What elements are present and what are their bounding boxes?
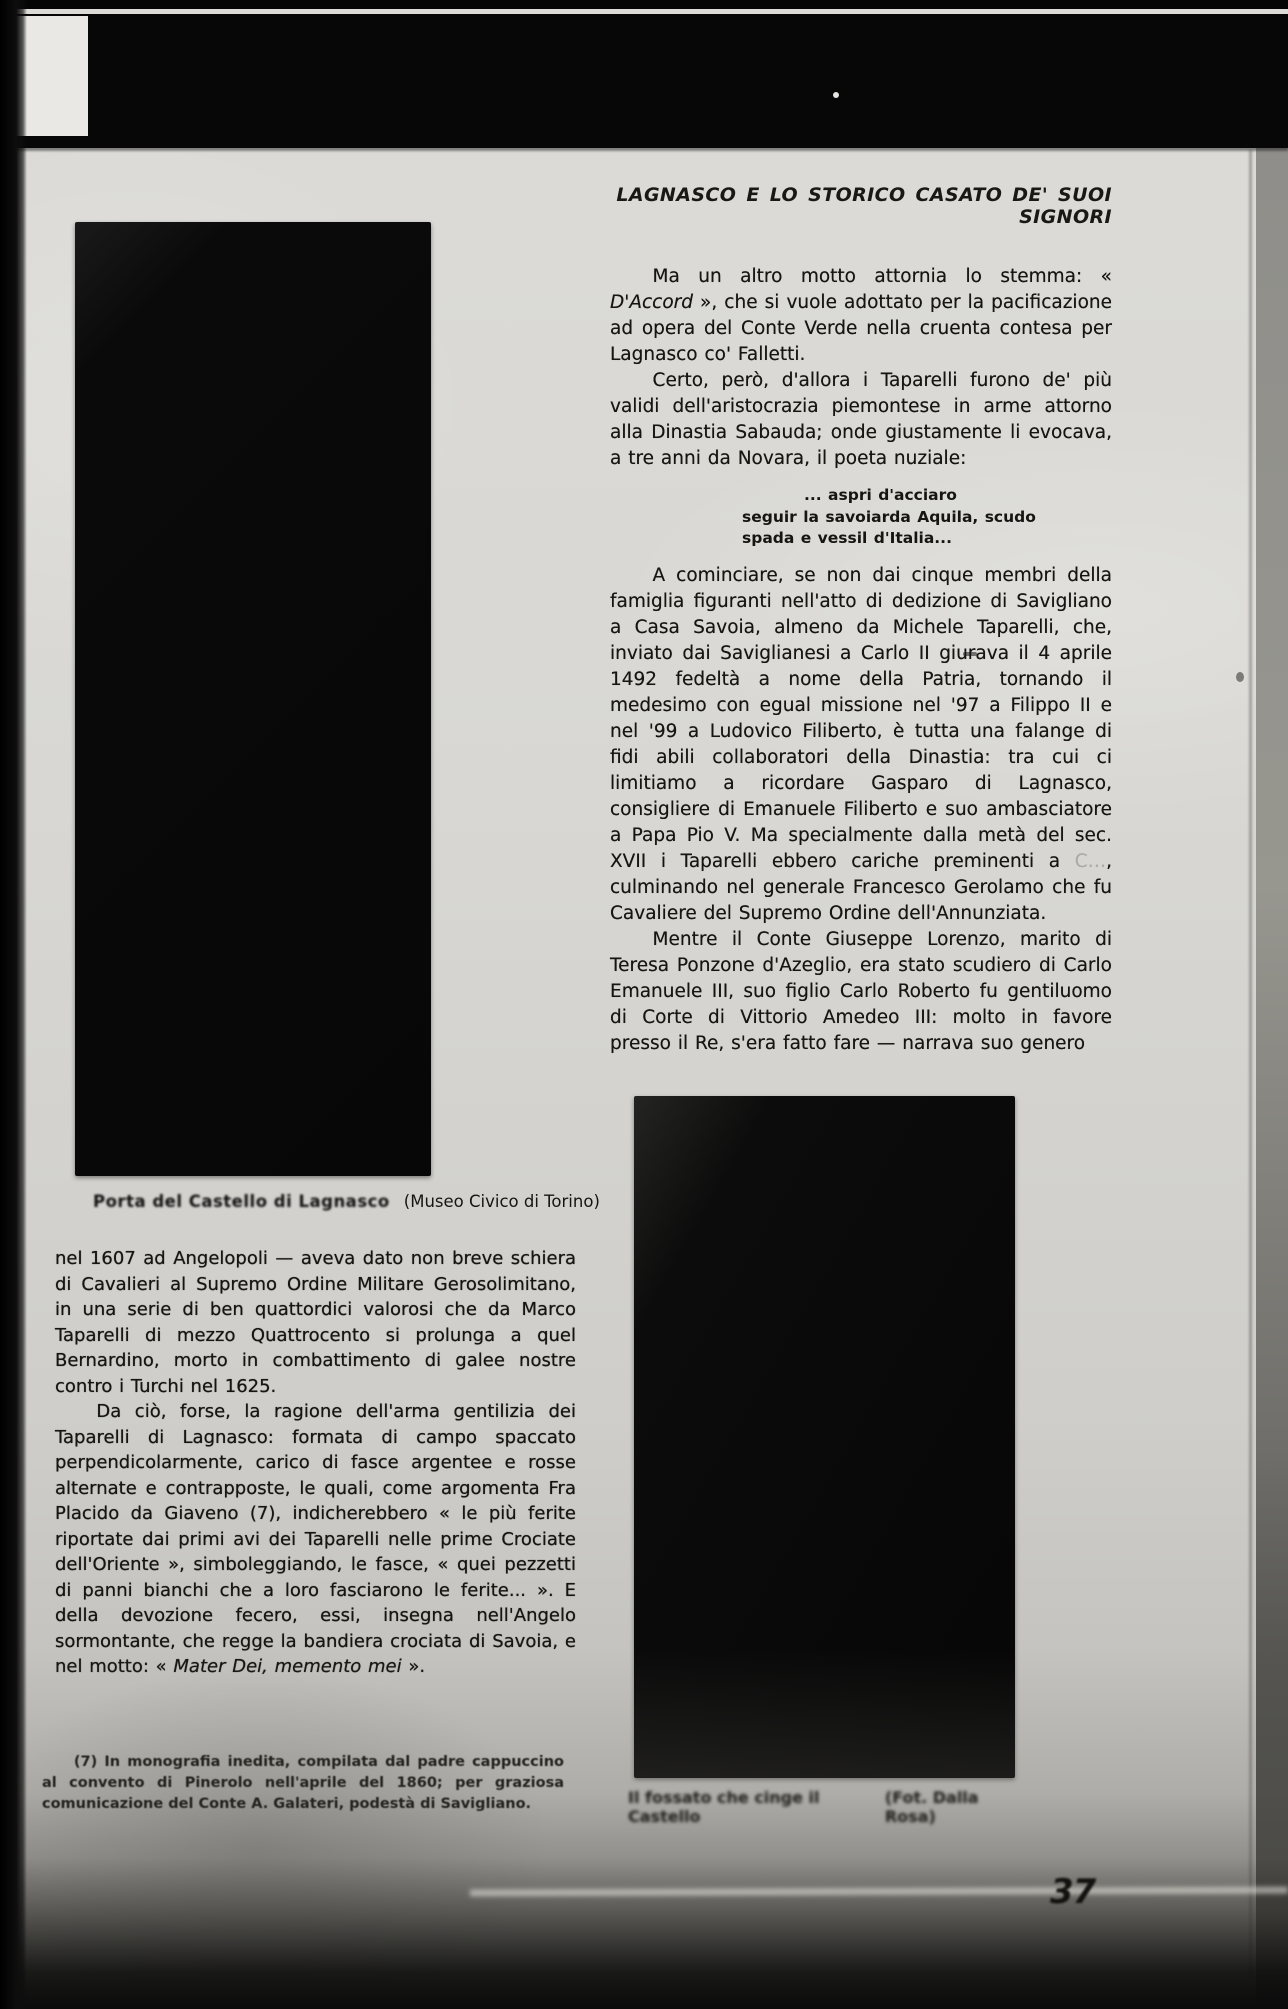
- scan-top-black-band: [0, 14, 1288, 148]
- paragraph: Certo, però, d'allora i Taparelli furono…: [610, 368, 1112, 472]
- caption-credit: (Museo Civico di Torino): [404, 1192, 600, 1211]
- text-segment: ».: [402, 1656, 425, 1677]
- caption-title: Porta del Castello di Lagnasco: [93, 1192, 390, 1211]
- text-segment: A cominciare, se non dai cinque membri d…: [610, 565, 1112, 872]
- left-figure-caption: Porta del Castello di Lagnasco(Museo Civ…: [93, 1192, 573, 1211]
- page-title: LAGNASCO E LO STORICO CASATO DE' SUOI SI…: [600, 184, 1112, 228]
- scan-right-edge: [1256, 140, 1288, 2009]
- castle-moat-photo: [634, 1096, 1015, 1778]
- paragraph: Mentre il Conte Giuseppe Lorenzo, marito…: [610, 927, 1112, 1057]
- scan-left-black-strip: [0, 0, 27, 2009]
- verse-line: spada e vessil d'Italia...: [742, 528, 1112, 550]
- left-text-column: nel 1607 ad Angelopoli — aveva dato non …: [55, 1246, 576, 1680]
- faded-text: C…: [1075, 851, 1106, 872]
- text-segment: Da ciò, forse, la ragione dell'arma gent…: [55, 1401, 576, 1677]
- scan-speck: [963, 652, 977, 656]
- paragraph: Da ciò, forse, la ragione dell'arma gent…: [55, 1399, 576, 1680]
- caption-credit: (Fot. Dalla Rosa): [885, 1788, 1028, 1826]
- paragraph: nel 1607 ad Angelopoli — aveva dato non …: [55, 1246, 576, 1399]
- page-number: 37: [1050, 1872, 1095, 1912]
- text-segment-italic: Mater Dei, memento mei: [173, 1656, 401, 1677]
- right-figure-caption: Il fossato che cinge il Castello (Fot. D…: [628, 1788, 1028, 1826]
- text-segment-italic: D'Accord: [610, 292, 693, 313]
- page-crease: [1249, 150, 1252, 1979]
- verse-line: seguir la savoiarda Aquila, scudo: [742, 507, 1112, 529]
- paragraph: Ma un altro motto attornia lo stemma: « …: [610, 264, 1112, 368]
- scan-speck: [833, 92, 839, 98]
- right-text-column: Ma un altro motto attornia lo stemma: « …: [610, 264, 1112, 1057]
- footnote: (7) In monografia inedita, compilata dal…: [42, 1752, 564, 1815]
- text-segment: Ma un altro motto attornia lo stemma: «: [653, 266, 1112, 287]
- castle-gate-photo: [75, 222, 431, 1176]
- scan-speck: [1236, 672, 1244, 682]
- paragraph: A cominciare, se non dai cinque membri d…: [610, 563, 1112, 927]
- wedding-poem-verse: ... aspri d'acciaro seguir la savoiarda …: [742, 485, 1112, 550]
- verse-line: ... aspri d'acciaro: [804, 485, 1112, 507]
- scan-top-bar: [0, 0, 1288, 9]
- scanned-book-page: LAGNASCO E LO STORICO CASATO DE' SUOI SI…: [0, 0, 1288, 2009]
- caption-title: Il fossato che cinge il Castello: [628, 1788, 885, 1826]
